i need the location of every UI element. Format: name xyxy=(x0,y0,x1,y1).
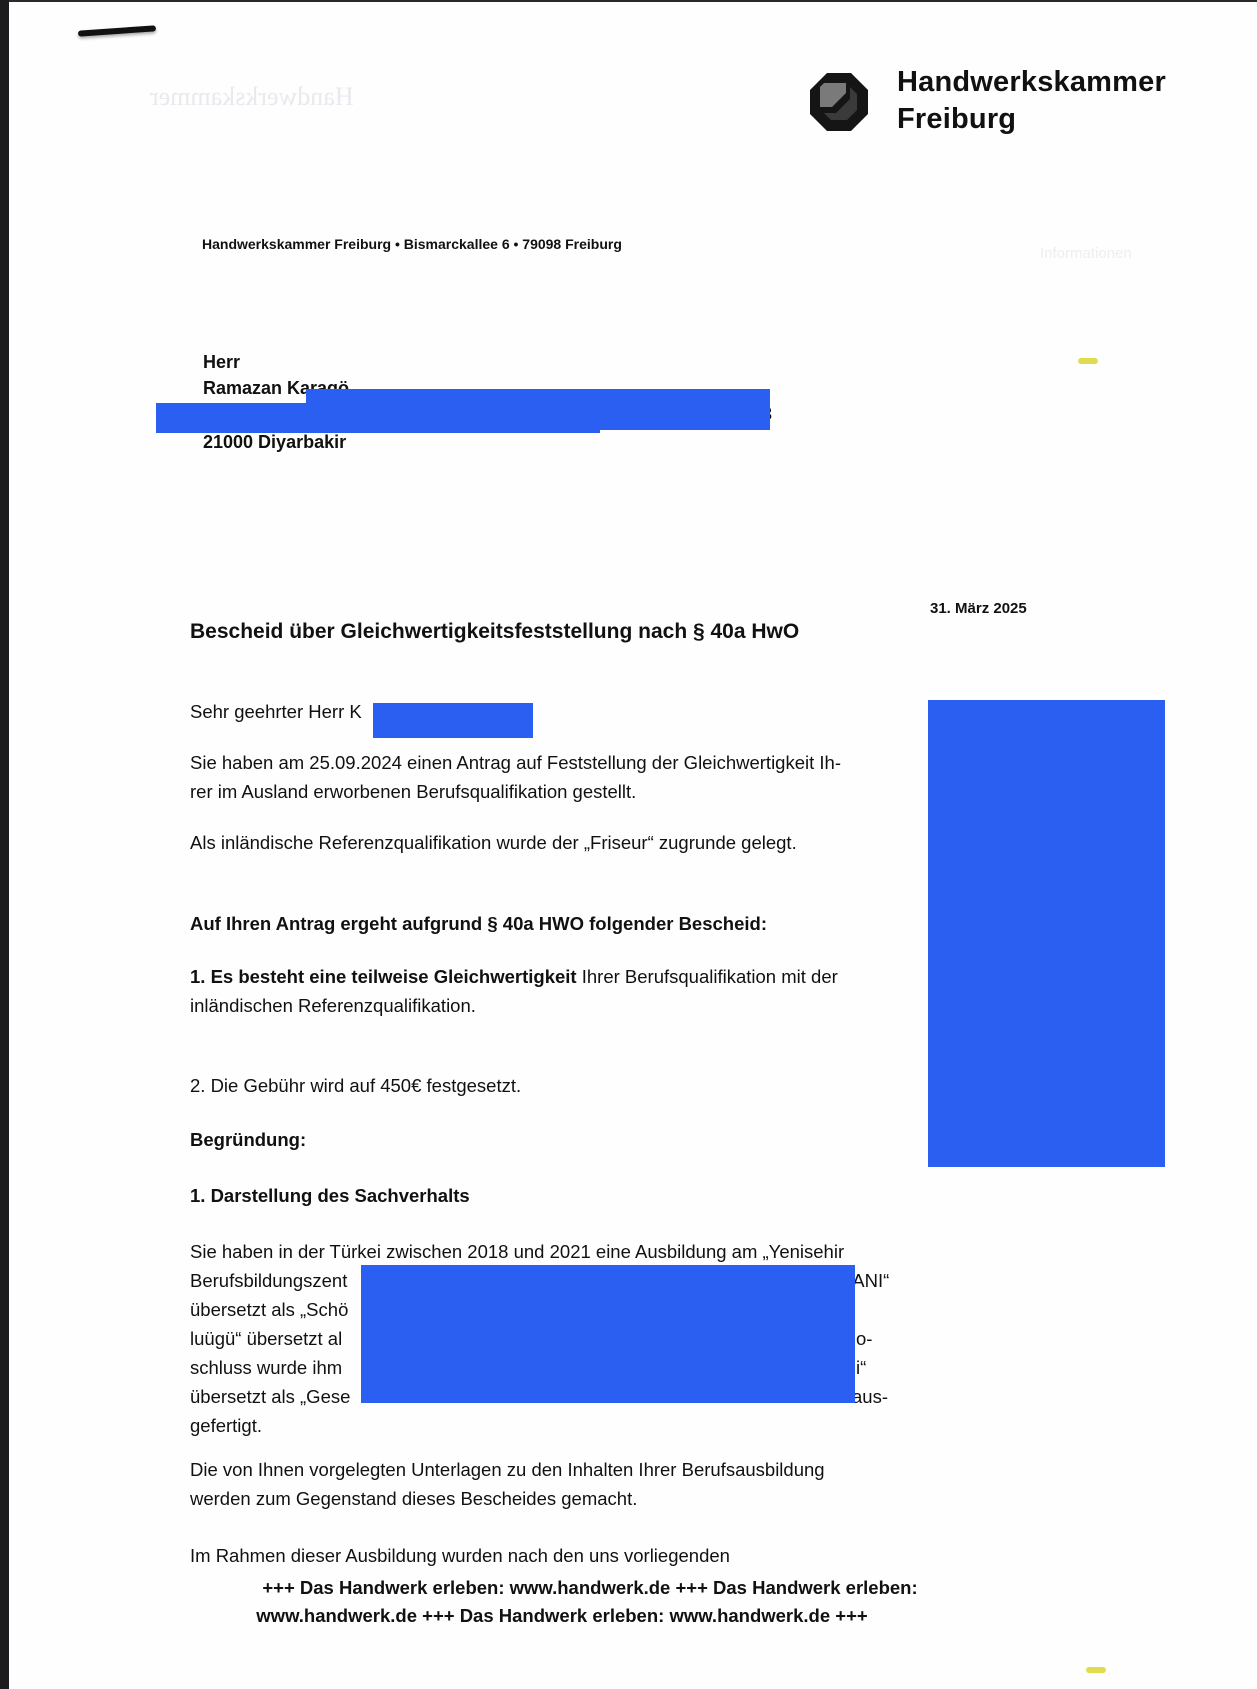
reasoning-heading: Begründung: xyxy=(190,1125,306,1154)
facts-line-6-end: aus- xyxy=(852,1382,888,1411)
decision-item-1: 1. Es besteht eine teilweise Gleichwerti… xyxy=(190,962,838,1020)
facts-line-5-end: i“ xyxy=(856,1353,866,1382)
paragraph-documents-line2: werden zum Gegenstand dieses Bescheides … xyxy=(190,1484,825,1513)
greeting: Sehr geehrter Herr K xyxy=(190,697,362,726)
decision-item-1-line2: inländischen Referenzqualifikation. xyxy=(190,991,838,1020)
org-name-line2: Freiburg xyxy=(897,101,1166,138)
redaction-street xyxy=(156,403,600,433)
facts-line-3: übersetzt als „Schö xyxy=(190,1295,348,1324)
letter-date: 31. März 2025 xyxy=(930,600,1027,617)
facts-line-2: Berufsbildungszent xyxy=(190,1266,347,1295)
letter-subject: Bescheid über Gleichwertigkeitsfeststell… xyxy=(190,620,799,644)
redaction-greeting-name xyxy=(373,703,533,738)
decision-intro: Auf Ihren Antrag ergeht aufgrund § 40a H… xyxy=(190,909,767,938)
highlighter-mark xyxy=(1078,358,1098,364)
decision-item-2: 2. Die Gebühr wird auf 450€ festgesetzt. xyxy=(190,1071,521,1100)
section-1-heading: 1. Darstellung des Sachverhalts xyxy=(190,1181,470,1210)
footer-slogan-line2: www.handwerk.de +++ Das Handwerk erleben… xyxy=(182,1601,942,1630)
facts-line-6: übersetzt als „Gese xyxy=(190,1382,350,1411)
paragraph-training-content: Im Rahmen dieser Ausbildung wurden nach … xyxy=(190,1541,730,1570)
highlighter-mark-bottom xyxy=(1086,1667,1106,1673)
facts-line-4: luügü“ übersetzt al xyxy=(190,1324,342,1353)
letterhead-org-name: Handwerkskammer Freiburg xyxy=(897,64,1166,138)
facts-line-1: Sie haben in der Türkei zwischen 2018 un… xyxy=(190,1237,844,1266)
hwk-logo-icon xyxy=(810,73,868,131)
paragraph-documents-line1: Die von Ihnen vorgelegten Unterlagen zu … xyxy=(190,1455,825,1484)
facts-line-5: schluss wurde ihm xyxy=(190,1353,342,1382)
decision-item-1-bold: 1. Es besteht eine teilweise Gleichwerti… xyxy=(190,966,577,987)
reverse-side-showthrough: Handwerkskammer xyxy=(150,82,354,112)
facts-line-4-end: o- xyxy=(856,1324,872,1353)
footer-slogan-line1: +++ Das Handwerk erleben: www.handwerk.d… xyxy=(210,1573,970,1602)
paragraph-documents: Die von Ihnen vorgelegten Unterlagen zu … xyxy=(190,1455,825,1513)
sender-address-line: Handwerkskammer Freiburg • Bismarckallee… xyxy=(202,236,622,252)
recipient-salutation: Herr xyxy=(203,352,240,373)
paragraph-application-line2: rer im Ausland erworbenen Berufsqualifik… xyxy=(190,777,841,806)
redaction-sidebar-block xyxy=(928,700,1165,1167)
redaction-facts xyxy=(361,1265,855,1403)
facts-line-7: gefertigt. xyxy=(190,1411,262,1440)
paragraph-application: Sie haben am 25.09.2024 einen Antrag auf… xyxy=(190,748,841,806)
org-name-line1: Handwerkskammer xyxy=(897,64,1166,101)
viewer-left-edge xyxy=(0,0,9,1689)
paragraph-application-line1: Sie haben am 25.09.2024 einen Antrag auf… xyxy=(190,748,841,777)
decision-item-1-rest: Ihrer Berufsqualifikation mit der xyxy=(577,966,838,987)
recipient-city: 21000 Diyarbakir xyxy=(203,432,346,453)
paragraph-reference: Als inländische Referenzqualifikation wu… xyxy=(190,828,797,857)
reverse-side-showthrough-text: Informationen xyxy=(1040,245,1132,262)
